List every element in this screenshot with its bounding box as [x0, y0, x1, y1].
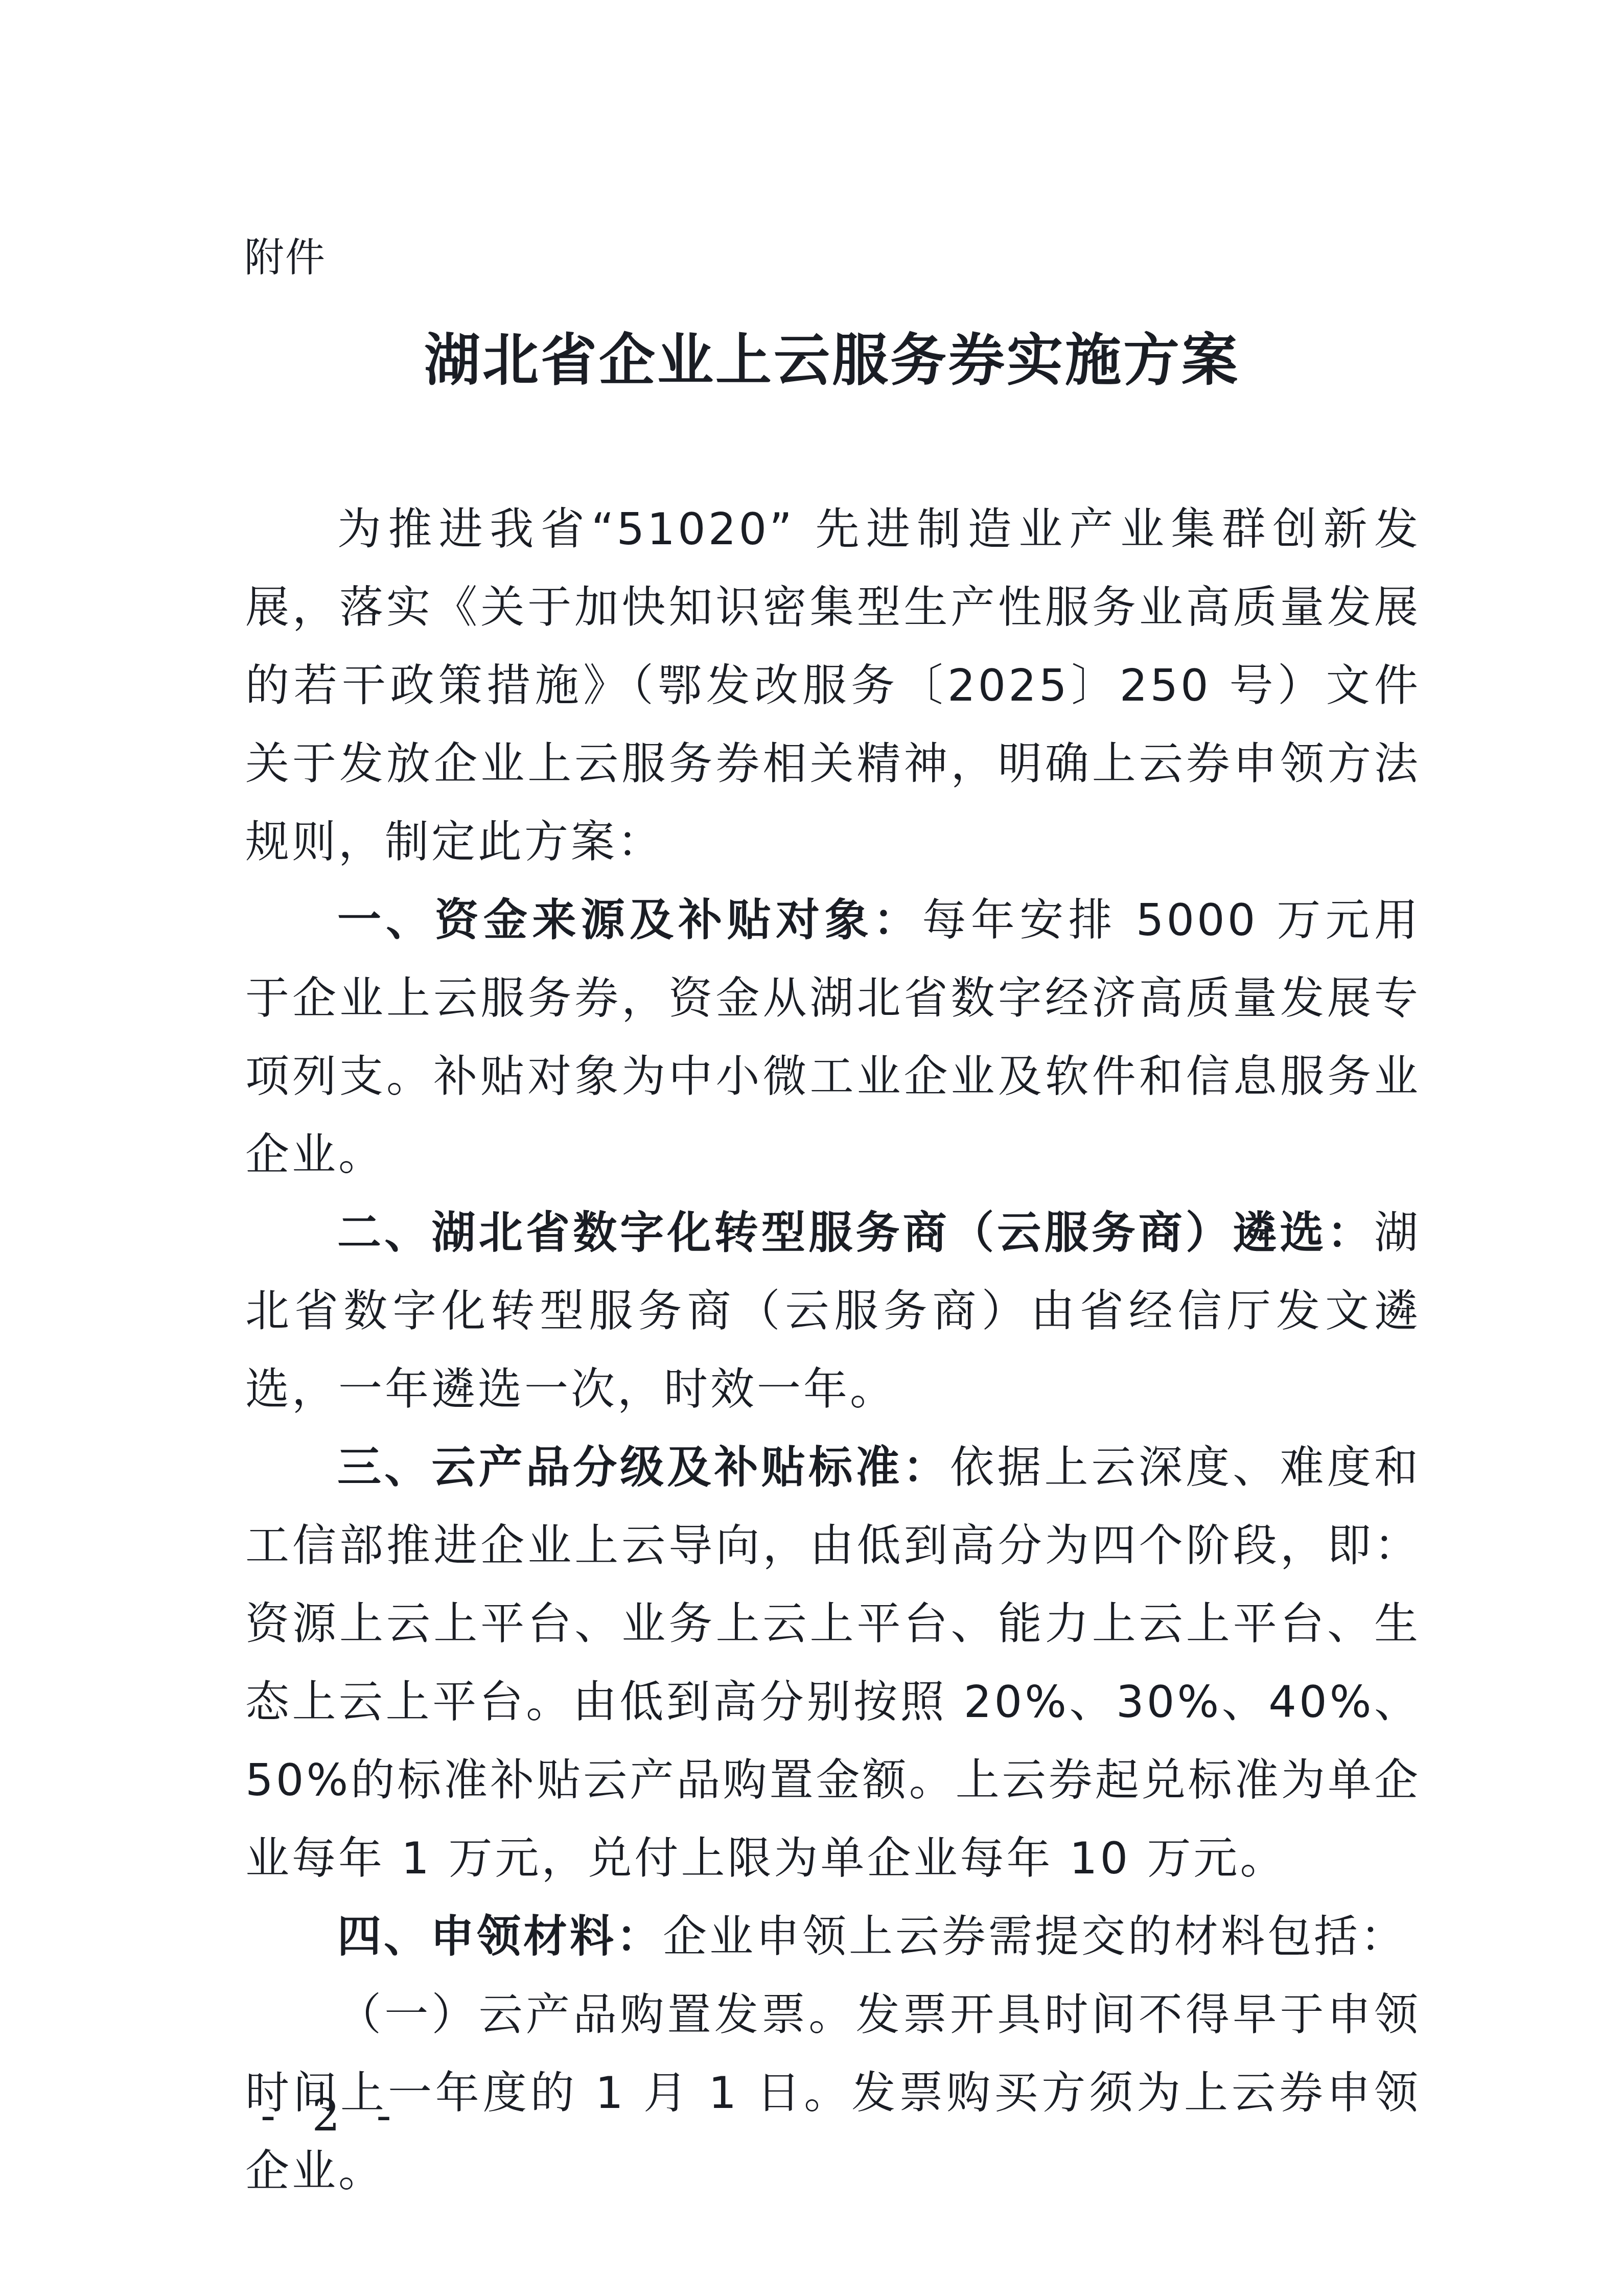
section-3-text: 依据上云深度、难度和工信部推进企业上云导向，由低到高分为四个阶段，即：资源上云上… [245, 1442, 1421, 1884]
sub-item-1-paragraph: （一）云产品购置发票。发票开具时间不得早于申领时间上一年度的 1 月 1 日。发… [245, 1976, 1421, 2211]
page-number: - 2 - [261, 2090, 403, 2141]
document-body: 为推进我省“51020” 先进制造业产业集群创新发展，落实《关于加快知识密集型生… [245, 491, 1421, 2211]
section-2-paragraph: 二、湖北省数字化转型服务商（云服务商）遴选：湖北省数字化转型服务商（云服务商）由… [245, 1194, 1421, 1429]
section-4-heading: 四、申领材料： [337, 1911, 663, 1962]
section-4-text: 企业申领上云券需提交的材料包括： [663, 1911, 1407, 1962]
section-1-heading: 一、资金来源及补贴对象： [337, 895, 922, 946]
section-3-paragraph: 三、云产品分级及补贴标准：依据上云深度、难度和工信部推进企业上云导向，由低到高分… [245, 1429, 1421, 1898]
document-title: 湖北省企业上云服务券实施方案 [0, 324, 1623, 396]
section-1-paragraph: 一、资金来源及补贴对象：每年安排 5000 万元用于企业上云服务券，资金从湖北省… [245, 882, 1421, 1194]
intro-paragraph: 为推进我省“51020” 先进制造业产业集群创新发展，落实《关于加快知识密集型生… [245, 491, 1421, 882]
attachment-label: 附件 [244, 233, 326, 284]
section-3-heading: 三、云产品分级及补贴标准： [337, 1442, 950, 1493]
section-2-heading: 二、湖北省数字化转型服务商（云服务商）遴选： [337, 1208, 1374, 1259]
document-page: 附件 湖北省企业上云服务券实施方案 为推进我省“51020” 先进制造业产业集群… [0, 0, 1623, 2296]
section-4-paragraph: 四、申领材料：企业申领上云券需提交的材料包括： [245, 1898, 1421, 1976]
